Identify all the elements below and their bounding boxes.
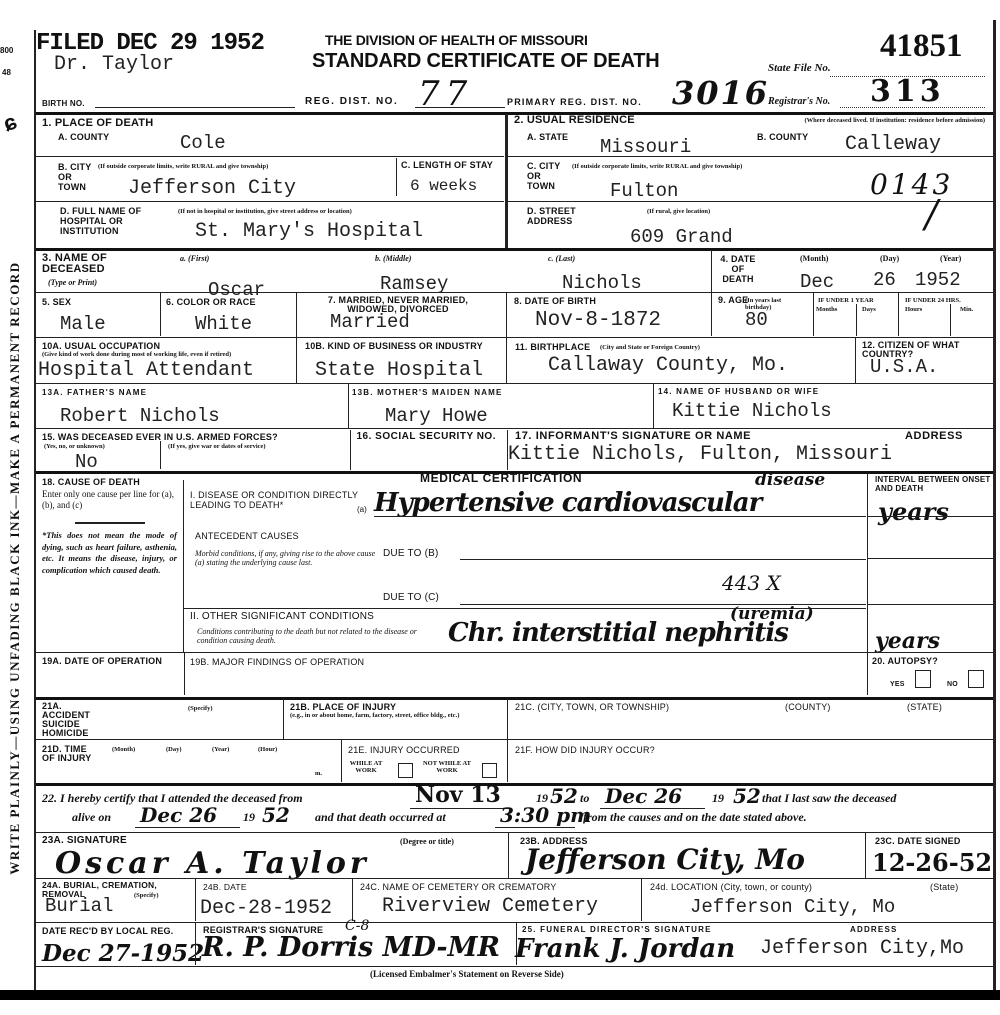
father-value: Robert Nichols bbox=[60, 406, 220, 426]
line-b-underline bbox=[460, 559, 866, 560]
col-divider bbox=[283, 698, 284, 740]
residence-county-value: Calleway bbox=[845, 135, 941, 155]
death-day-label: (Day) bbox=[880, 254, 899, 263]
middle-name-label: b. (Middle) bbox=[375, 254, 411, 263]
col-divider bbox=[711, 250, 712, 292]
row-divider bbox=[507, 156, 993, 157]
col-divider bbox=[641, 879, 642, 921]
due-to-c-label: DUE TO (c) bbox=[383, 593, 439, 603]
injury-state-label: (STATE) bbox=[907, 702, 942, 712]
deceased-name-note: (Type or Print) bbox=[48, 278, 97, 287]
months-label: Months bbox=[816, 306, 837, 313]
death-city-value: Jefferson City bbox=[128, 179, 296, 199]
col-divider bbox=[184, 653, 185, 695]
citizen-value: U.S.A. bbox=[870, 357, 938, 377]
antecedent-note: Morbid conditions, if any, giving rise t… bbox=[195, 549, 380, 567]
burial-date-value: Dec-28-1952 bbox=[200, 899, 332, 919]
col-divider bbox=[865, 833, 866, 878]
not-at-work-checkbox[interactable] bbox=[482, 763, 497, 778]
last-name-value: Nichols bbox=[562, 273, 642, 293]
cause-footnote: *This does not mean the mode of dying, s… bbox=[42, 530, 177, 576]
reg-dist-label: REG. DIST. NO. bbox=[305, 97, 398, 107]
line-a-label: (a) bbox=[357, 505, 367, 514]
death-city-label: b. CITY OR TOWN bbox=[58, 162, 98, 192]
form-right-border bbox=[993, 20, 996, 990]
informant-value: Kittie Nichols, Fulton, Missouri bbox=[508, 445, 892, 465]
burial-date-label: 24b. DATE bbox=[203, 882, 247, 892]
residence-street-value: 609 Grand bbox=[630, 227, 733, 247]
race-label: 6. COLOR OR RACE bbox=[166, 297, 256, 307]
interval-other-value: years bbox=[875, 628, 940, 654]
col-divider bbox=[711, 293, 712, 336]
col-divider bbox=[350, 430, 351, 470]
registrar-signature: R. P. Dorris MD-MR bbox=[202, 932, 500, 963]
classification-code: 443 X bbox=[722, 571, 781, 595]
row-divider bbox=[36, 878, 993, 879]
cause-line-a-insert: disease bbox=[755, 470, 825, 490]
other-conditions-insert: (uremia) bbox=[730, 604, 814, 624]
attestation-suffix-2: from the causes and on the date stated a… bbox=[583, 813, 807, 822]
marital-value: Married bbox=[330, 312, 410, 332]
col-divider bbox=[348, 384, 349, 428]
registrar-underline bbox=[840, 107, 985, 108]
death-year-value: 1952 bbox=[915, 270, 961, 290]
margin-number-2: 48 bbox=[2, 68, 11, 77]
residence-state-value: Missouri bbox=[600, 137, 691, 157]
death-day-value: 26 bbox=[873, 270, 896, 290]
primary-reg-dist-label: PRIMARY REG. DIST. NO. bbox=[507, 97, 642, 107]
time-of-death-value: 3:30 pm bbox=[500, 803, 591, 827]
residence-county-label: b. COUNTY bbox=[757, 132, 808, 142]
signature-label: 23a. SIGNATURE bbox=[42, 836, 127, 846]
col-divider bbox=[898, 293, 899, 336]
business-label: 10b. KIND OF BUSINESS OR INDUSTRY bbox=[305, 341, 500, 351]
informant-label: 17. INFORMANT'S SIGNATURE OR NAME bbox=[515, 431, 751, 441]
col-divider bbox=[160, 293, 161, 336]
row-divider bbox=[36, 832, 993, 833]
col-divider bbox=[352, 879, 353, 921]
injury-month-label: (Month) bbox=[112, 746, 135, 753]
line-a-underline bbox=[374, 516, 866, 517]
under-year-label: IF UNDER 1 YEAR bbox=[818, 297, 874, 304]
date-of-death-label: 4. DATE OF DEATH bbox=[718, 254, 758, 284]
first-name-label: a. (First) bbox=[180, 254, 209, 263]
burial-location-label: 24d. LOCATION (City, town, or county) bbox=[650, 882, 812, 892]
injury-hour-suffix: m. bbox=[315, 770, 322, 777]
col-divider bbox=[813, 293, 814, 336]
side-instruction: WRITE PLAINLY—USING UNFADING BLACK INK—M… bbox=[7, 158, 23, 978]
cause-of-death-label: 18. CAUSE OF DEATH bbox=[42, 477, 140, 487]
alive-on-label: alive on bbox=[72, 813, 111, 822]
year-prefix-2: 19 bbox=[712, 794, 724, 803]
mother-value: Mary Howe bbox=[385, 406, 488, 426]
autopsy-label: 20. AUTOPSY? bbox=[872, 656, 938, 666]
disease-label: I. DISEASE OR CONDITION DIRECTLY LEADING… bbox=[190, 490, 370, 510]
sex-label: 5. SEX bbox=[42, 297, 71, 307]
informant-address-label: ADDRESS bbox=[905, 431, 963, 441]
reg-dist-value: 77 bbox=[418, 74, 473, 114]
stay-value: 6 weeks bbox=[410, 176, 477, 196]
section-divider bbox=[36, 248, 993, 251]
section-divider bbox=[505, 114, 508, 248]
col-divider bbox=[195, 879, 196, 921]
footer-note: (Licensed Embalmer's Statement on Revers… bbox=[370, 970, 564, 979]
row-divider bbox=[36, 428, 993, 429]
autopsy-yes-label: YES bbox=[890, 680, 905, 690]
director-signature: Frank J. Jordan bbox=[515, 934, 735, 964]
year-2-value: 52 bbox=[733, 784, 761, 808]
deceased-name-label: 3. NAME OF DECEASED bbox=[42, 253, 122, 275]
residence-street-label: d. STREET ADDRESS bbox=[527, 206, 587, 226]
col-divider bbox=[195, 923, 196, 965]
death-county-label: a. COUNTY bbox=[58, 132, 109, 142]
col-divider bbox=[950, 304, 951, 336]
occupation-label: 10a. USUAL OCCUPATION bbox=[42, 341, 160, 351]
col-divider bbox=[508, 833, 509, 878]
physician-signature: Oscar A. Taylor bbox=[55, 846, 370, 881]
cause-instruction: Enter only one cause per line for (a), (… bbox=[42, 489, 177, 511]
col-divider bbox=[296, 293, 297, 383]
injury-type-note: (Specify) bbox=[188, 705, 213, 712]
cemetery-label: 24c. NAME OF CEMETERY OR CREMATORY bbox=[360, 882, 557, 892]
year-3-value: 52 bbox=[262, 803, 290, 827]
attended-to-value: Dec 26 bbox=[605, 784, 682, 808]
race-value: White bbox=[195, 314, 252, 334]
residence-street-mark: / bbox=[925, 192, 938, 236]
under-day-label: IF UNDER 24 HRS. bbox=[905, 297, 961, 304]
col-divider bbox=[855, 338, 856, 383]
residence-street-note: (If rural, give location) bbox=[647, 208, 710, 215]
last-name-label: c. (Last) bbox=[548, 254, 575, 263]
row-divider bbox=[507, 201, 993, 202]
last-seen-value: Dec 26 bbox=[140, 803, 217, 827]
dob-value: Nov-8-1872 bbox=[535, 311, 661, 331]
residence-city-code: 0143 bbox=[870, 168, 953, 201]
row-divider bbox=[36, 292, 993, 293]
age-label: 9. AGE bbox=[718, 295, 748, 305]
antecedent-label: ANTECEDENT CAUSES bbox=[195, 531, 299, 541]
autopsy-yes-checkbox[interactable] bbox=[915, 670, 931, 688]
place-of-death-label: 1. PLACE OF DEATH bbox=[42, 118, 153, 128]
ssn-label: 16. SOCIAL SECURITY NO. bbox=[356, 432, 496, 442]
injury-day-label: (Day) bbox=[166, 746, 182, 753]
operation-findings-label: 19b. MAJOR FINDINGS OF OPERATION bbox=[190, 657, 364, 667]
min-label: Min. bbox=[960, 306, 973, 313]
middle-name-value: Ramsey bbox=[380, 274, 448, 294]
autopsy-no-checkbox[interactable] bbox=[968, 670, 984, 688]
received-value: Dec 27-1952 bbox=[42, 940, 204, 967]
hospital-value: St. Mary's Hospital bbox=[195, 222, 423, 242]
row-divider bbox=[36, 383, 993, 384]
residence-city-note: (If outside corporate limits, write RURA… bbox=[572, 163, 882, 170]
death-city-note: (If outside corporate limits, write RURA… bbox=[98, 163, 388, 170]
hours-label: Hours bbox=[905, 306, 922, 313]
birthplace-value: Callaway County, Mo. bbox=[548, 356, 788, 376]
col-divider bbox=[653, 384, 654, 428]
autopsy-no-label: NO bbox=[947, 680, 958, 690]
age-value: 80 bbox=[745, 310, 768, 330]
col-divider bbox=[341, 740, 342, 782]
agency-name: THE DIVISION OF HEALTH OF MISSOURI bbox=[325, 32, 588, 48]
spouse-value: Kittie Nichols bbox=[672, 401, 832, 421]
interval-label: INTERVAL BETWEEN ONSET AND DEATH bbox=[875, 475, 993, 493]
injury-place-note: (e.g., in or about home, farm, factory, … bbox=[290, 712, 500, 719]
days-label: Days bbox=[862, 306, 876, 313]
underline bbox=[495, 827, 575, 828]
interval-underline bbox=[868, 558, 993, 559]
cemetery-value: Riverview Cemetery bbox=[382, 897, 598, 917]
birth-no-underline bbox=[95, 107, 295, 108]
occupation-note: (Give kind of work done during most of w… bbox=[42, 351, 292, 358]
to-label: to bbox=[580, 794, 589, 803]
injury-place-label: 21b. PLACE OF INJURY bbox=[290, 702, 396, 712]
not-at-work-label: NOT WHILE AT WORK bbox=[422, 760, 472, 774]
bottom-black-bar bbox=[0, 990, 1000, 1000]
underline bbox=[135, 827, 240, 828]
row-divider bbox=[36, 652, 993, 653]
attestation-suffix-1: that I last saw the deceased bbox=[762, 794, 896, 803]
registrars-no-label: Registrar's No. bbox=[768, 97, 830, 106]
disposition-note: (Specify) bbox=[134, 892, 159, 899]
director-address-label: ADDRESS bbox=[850, 925, 898, 935]
state-file-label: State File No. bbox=[768, 64, 831, 73]
underline bbox=[600, 808, 705, 809]
underline bbox=[410, 808, 510, 809]
row-divider bbox=[36, 966, 993, 967]
father-label: 13a. FATHER'S NAME bbox=[42, 388, 147, 398]
section-divider bbox=[36, 783, 993, 786]
registrars-no-value: 313 bbox=[870, 74, 945, 109]
sex-value: Male bbox=[60, 314, 106, 334]
row-divider bbox=[36, 156, 504, 157]
margin-check-mark: ɕ bbox=[0, 109, 20, 138]
death-occurred-label: and that death occurred at bbox=[315, 813, 446, 822]
injury-location-label: 21c. (CITY, TOWN, OR TOWNSHIP) bbox=[515, 702, 669, 712]
at-work-label: WHILE AT WORK bbox=[345, 760, 387, 774]
date-signed-value: 12-26-52 bbox=[872, 848, 992, 877]
hospital-note: (If not in hospital or institution, give… bbox=[178, 208, 488, 215]
director-address-value: Jefferson City,Mo bbox=[760, 939, 964, 959]
injury-how-label: 21f. HOW DID INJURY OCCUR? bbox=[515, 745, 655, 755]
injury-time-label: 21d. TIME OF INJURY bbox=[42, 745, 102, 763]
reg-dist-underline bbox=[415, 107, 505, 108]
attended-from-value: Nov 13 bbox=[415, 782, 501, 808]
due-to-b-label: DUE TO (b) bbox=[383, 549, 439, 559]
birthplace-note: (City and State or Foreign Country) bbox=[600, 344, 700, 351]
certificate-number: 41851 bbox=[880, 28, 963, 65]
birth-no-label: BIRTH NO. bbox=[42, 99, 85, 109]
col-divider bbox=[506, 293, 507, 383]
row-divider bbox=[36, 739, 993, 740]
disposition-value: Burial bbox=[45, 896, 113, 916]
col-divider bbox=[867, 473, 868, 653]
medical-cert-title: MEDICAL CERTIFICATION bbox=[420, 473, 582, 483]
birthplace-label: 11. BIRTHPLACE bbox=[515, 342, 590, 352]
physician-note: Dr. Taylor bbox=[54, 55, 174, 75]
col-divider bbox=[507, 740, 508, 782]
burial-location-value: Jefferson City, Mo bbox=[690, 897, 895, 917]
injury-occurred-label: 21e. INJURY OCCURRED bbox=[348, 745, 460, 755]
operation-date-label: 19a. DATE OF OPERATION bbox=[42, 656, 177, 666]
death-year-label: (Year) bbox=[940, 254, 961, 263]
row-divider bbox=[36, 922, 993, 923]
usual-residence-label: 2. USUAL RESIDENCE bbox=[514, 115, 635, 125]
business-value: State Hospital bbox=[315, 361, 483, 381]
primary-reg-dist-value: 3016 bbox=[672, 74, 769, 112]
col-divider bbox=[507, 698, 508, 740]
spouse-label: 14. NAME OF HUSBAND OR WIFE bbox=[658, 387, 819, 397]
death-month-label: (Month) bbox=[800, 254, 828, 263]
mother-label: 13b. MOTHER'S MAIDEN NAME bbox=[352, 388, 503, 398]
hospital-label: d. FULL NAME OF HOSPITAL OR INSTITUTION bbox=[60, 206, 180, 236]
year-prefix-3: 19 bbox=[243, 813, 255, 822]
row-divider bbox=[36, 201, 504, 202]
interval-underline bbox=[868, 516, 993, 517]
physician-address: Jefferson City, Mo bbox=[525, 843, 805, 876]
col-divider bbox=[856, 304, 857, 336]
usual-residence-note: (Where deceased lived. If institution: r… bbox=[695, 117, 985, 124]
date-signed-label: 23c. DATE SIGNED bbox=[875, 836, 961, 846]
occupation-value: Hospital Attendant bbox=[38, 361, 254, 381]
injury-county-label: (COUNTY) bbox=[785, 702, 831, 712]
cause-line-a: Hypertensive cardiovascular bbox=[374, 488, 761, 518]
injury-type-label: 21a. ACCIDENT SUICIDE HOMICIDE bbox=[42, 702, 112, 738]
burial-state-label: (State) bbox=[930, 882, 958, 892]
col-divider bbox=[160, 441, 161, 469]
interval-a-value: years bbox=[878, 497, 949, 526]
row-divider bbox=[36, 337, 993, 338]
injury-year-label: (Year) bbox=[212, 746, 229, 753]
degree-label: (Degree or title) bbox=[400, 838, 454, 845]
cause-separator bbox=[75, 522, 145, 524]
col-divider bbox=[396, 158, 397, 196]
residence-city-label: c. CITY OR TOWN bbox=[527, 161, 567, 191]
received-label: DATE REC'D BY LOCAL REG. bbox=[42, 926, 190, 936]
armed-forces-value: No bbox=[75, 452, 98, 472]
death-month-value: Dec bbox=[800, 272, 834, 292]
document-title: STANDARD CERTIFICATE OF DEATH bbox=[312, 50, 660, 73]
col-divider bbox=[867, 653, 868, 695]
other-conditions-label: II. OTHER SIGNIFICANT CONDITIONS bbox=[190, 612, 374, 622]
other-conditions-note: Conditions contributing to the death but… bbox=[197, 627, 437, 645]
residence-state-label: a. STATE bbox=[527, 132, 568, 142]
injury-hour-label: (Hour) bbox=[258, 746, 277, 753]
col-divider bbox=[183, 480, 184, 652]
stay-label: c. LENGTH OF STAY bbox=[401, 160, 501, 170]
interval-underline bbox=[868, 604, 993, 605]
margin-number-1: 800 bbox=[0, 46, 13, 55]
attestation-line-1: 22. I hereby certify that I attended the… bbox=[42, 794, 303, 803]
armed-forces-note-2: (If yes, give war or dates of service) bbox=[168, 443, 266, 450]
year-prefix-1: 19 bbox=[536, 794, 548, 803]
form-left-border bbox=[34, 30, 36, 995]
residence-city-value: Fulton bbox=[610, 181, 678, 201]
at-work-checkbox[interactable] bbox=[398, 763, 413, 778]
section-divider bbox=[36, 697, 993, 700]
armed-forces-note-1: (Yes, no, or unknown) bbox=[44, 443, 105, 450]
death-county-value: Cole bbox=[180, 133, 226, 153]
dob-label: 8. DATE OF BIRTH bbox=[514, 296, 596, 306]
